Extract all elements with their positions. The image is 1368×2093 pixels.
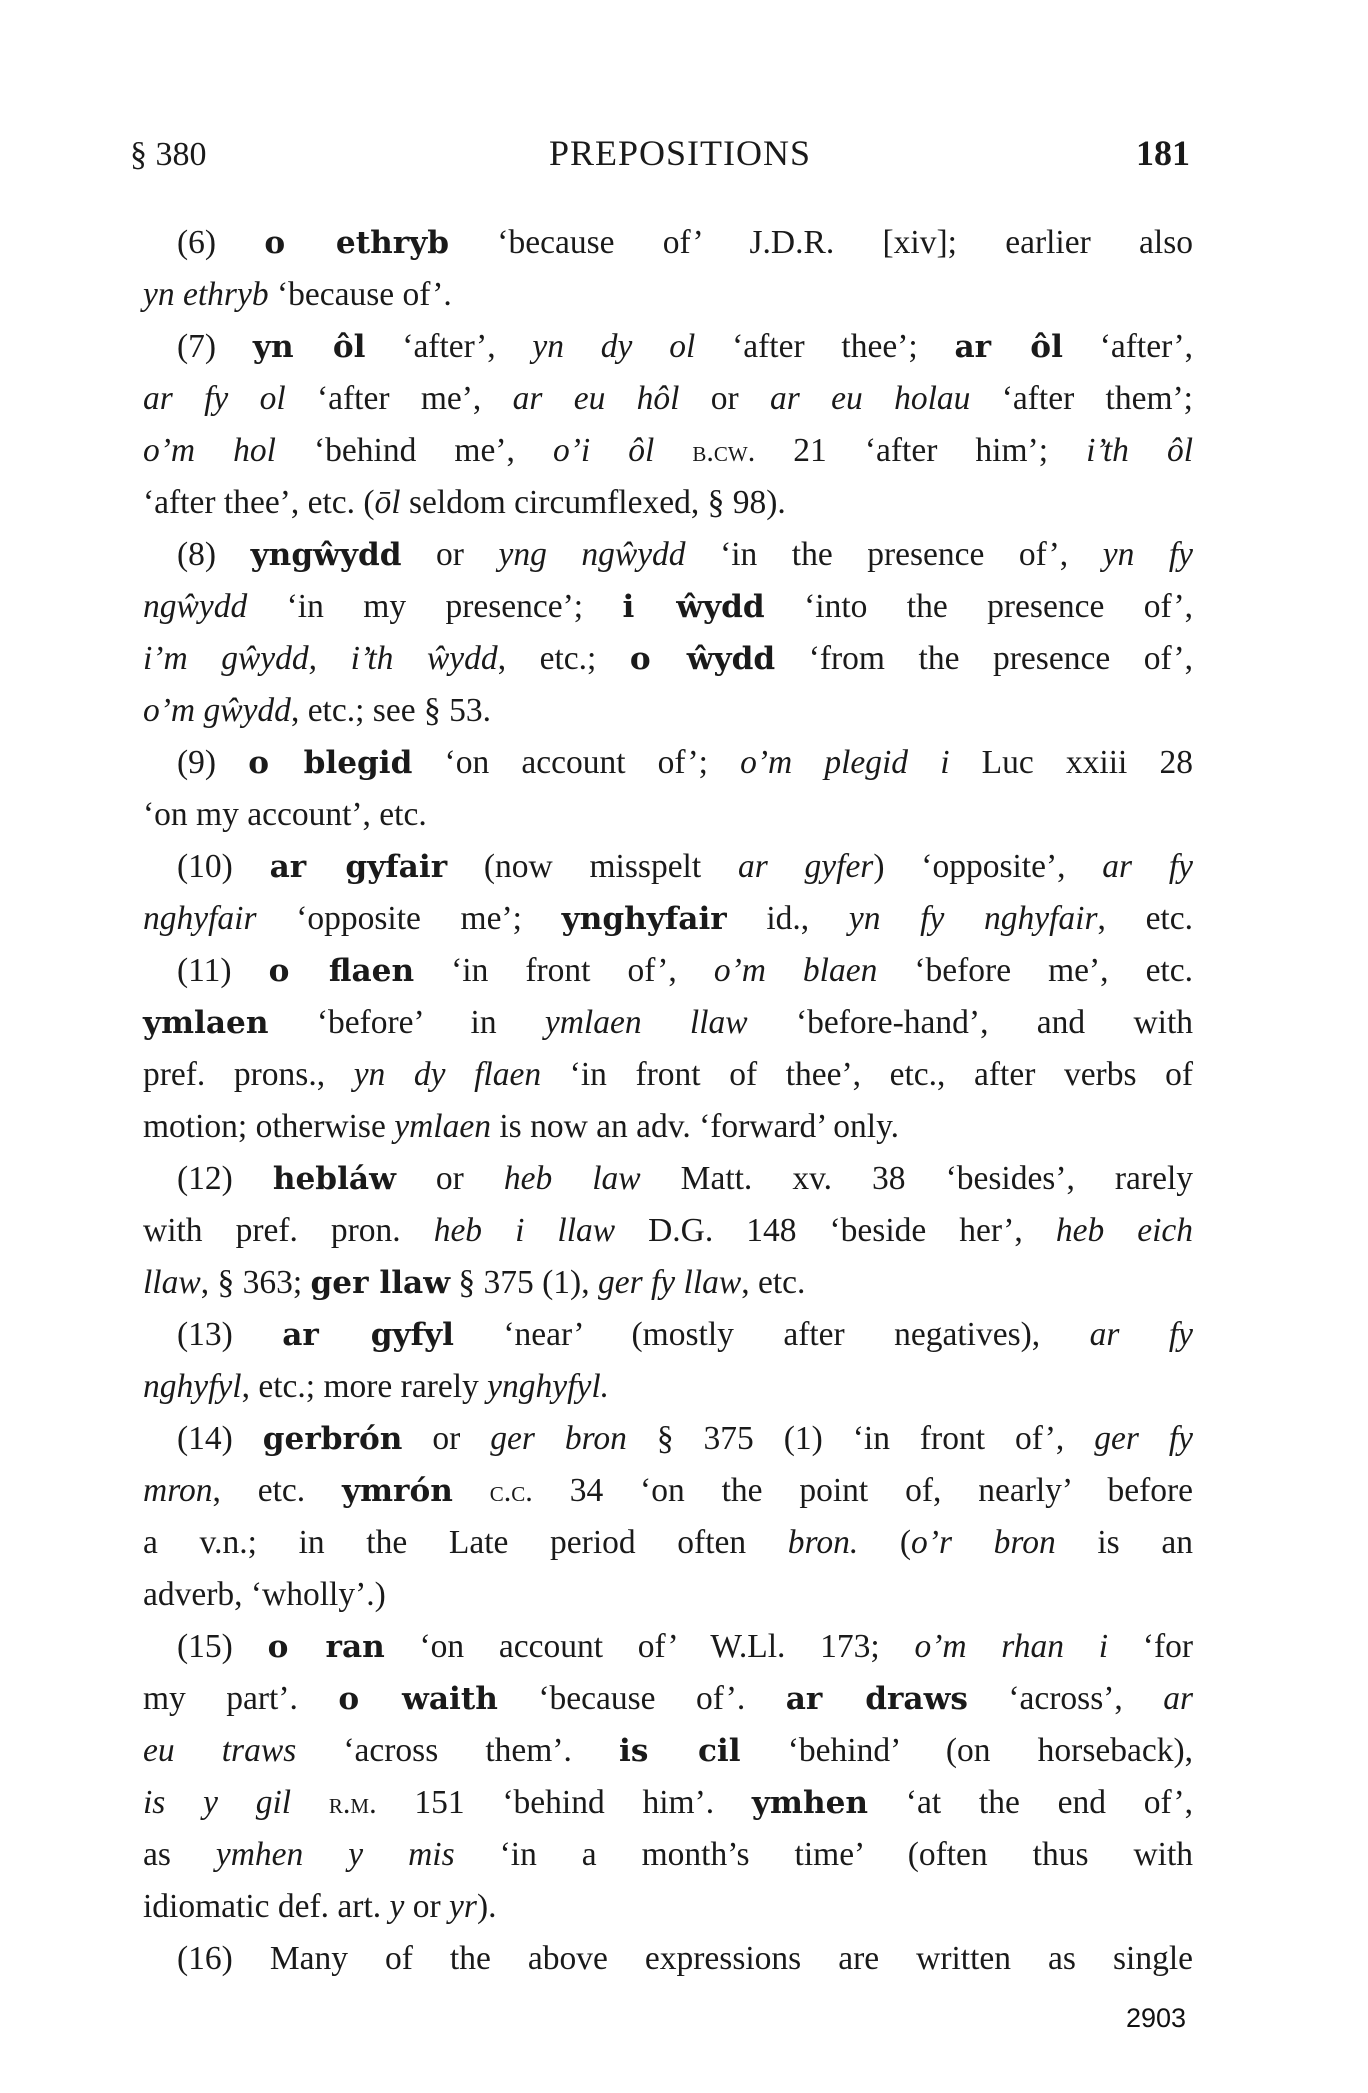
text-run: D.G. 148 ‘beside her’,: [615, 1212, 1056, 1249]
italic-form: ymhen y mis: [216, 1836, 455, 1873]
text-run: idiomatic def. art.: [143, 1888, 390, 1925]
italic-form: yn fy nghyfair: [849, 900, 1098, 937]
text-line: (15) o ran ‘on account of’ W.Ll. 173; o’…: [143, 1622, 1193, 1672]
text-run: id.,: [727, 900, 849, 937]
text-run: (: [858, 1524, 911, 1561]
text-run: ‘across them’.: [296, 1732, 619, 1769]
text-line: (14) gerbrón or ger bron § 375 (1) ‘in f…: [143, 1414, 1193, 1464]
text-line: with pref. pron. heb i llaw D.G. 148 ‘be…: [143, 1206, 1193, 1256]
italic-form: yr: [449, 1888, 477, 1925]
italic-form: ymlaen llaw: [545, 1004, 748, 1041]
italic-form: o’m rhan i: [914, 1628, 1108, 1665]
italic-form: is y gil: [143, 1784, 291, 1821]
text-run: ‘near’ (mostly after negatives),: [454, 1316, 1090, 1353]
text-line: ‘after thee’, etc. (ōl seldom circumflex…: [143, 478, 1193, 528]
text-run: or: [396, 1160, 504, 1197]
bold-term: gerbrón: [263, 1421, 403, 1457]
text-line: idiomatic def. art. y or yr).: [143, 1882, 1193, 1932]
italic-form: ar gyfer: [738, 848, 873, 885]
italic-form: ger fy llaw: [598, 1264, 741, 1301]
text-run: ‘in a month’s time’ (often thus with: [455, 1836, 1193, 1873]
text-line: mron, etc. ymrón c.c. 34 ‘on the point o…: [143, 1466, 1193, 1516]
text-run: ‘after thee’, etc. (: [143, 484, 375, 521]
text-run: § 375 (1) ‘in front of’,: [627, 1420, 1094, 1457]
text-run: adverb, ‘wholly’.): [143, 1576, 386, 1613]
italic-form: ar fy: [1102, 848, 1193, 885]
text-run: (11): [177, 952, 269, 989]
bold-term: ar ôl: [954, 329, 1062, 365]
text-run: with pref. pron.: [143, 1212, 434, 1249]
italic-form: i’th ôl: [1086, 432, 1193, 469]
text-line: (16) Many of the above expressions are w…: [143, 1934, 1193, 1984]
text-line: ar fy ol ‘after me’, ar eu hôl or ar eu …: [143, 374, 1193, 424]
bold-term: o waith: [338, 1681, 498, 1717]
italic-form: yn ethryb: [143, 276, 269, 313]
italic-form: heb law: [504, 1160, 641, 1197]
italic-form: yn dy flaen: [354, 1056, 541, 1093]
italic-form: ar eu holau: [770, 380, 970, 417]
text-line: llaw, § 363; ger llaw § 375 (1), ger fy …: [143, 1258, 1193, 1308]
text-line: (13) ar gyfyl ‘near’ (mostly after negat…: [143, 1310, 1193, 1360]
small-caps-citation: r.m.: [329, 1786, 377, 1820]
text-run: ‘on account of’;: [412, 744, 740, 781]
text-run: , etc.; see § 53.: [291, 692, 491, 729]
text-run: § 375 (1),: [450, 1264, 598, 1301]
text-line: adverb, ‘wholly’.): [143, 1570, 1193, 1620]
small-caps-citation: b.cw.: [692, 434, 755, 468]
text-run: , § 363;: [201, 1264, 311, 1301]
text-run: (7): [177, 328, 253, 365]
bold-term: yn ôl: [253, 329, 366, 365]
italic-form: o’m blaen: [714, 952, 878, 989]
page-title: PREPOSITIONS: [130, 132, 1190, 174]
text-run: Luc xxiii 28: [950, 744, 1193, 781]
italic-form: yng ngŵydd: [498, 536, 685, 573]
text-run: (14): [177, 1420, 263, 1457]
text-run: ‘after thee’;: [695, 328, 954, 365]
text-run: (15): [177, 1628, 268, 1665]
text-run: ‘because of’.: [269, 276, 452, 313]
italic-form: heb i llaw: [434, 1212, 615, 1249]
text-line: my part’. o waith ‘because of’. ar draws…: [143, 1674, 1193, 1724]
text-line: (6) o ethryb ‘because of’ J.D.R. [xiv]; …: [143, 218, 1193, 268]
italic-form: y: [390, 1888, 405, 1925]
italic-form: o’m gŵydd: [143, 692, 291, 729]
text-run: (6): [177, 224, 264, 261]
text-line: (10) ar gyfair (now misspelt ar gyfer) ‘…: [143, 842, 1193, 892]
text-run: ‘at the end of’,: [868, 1784, 1193, 1821]
bold-term: o ran: [268, 1629, 385, 1665]
running-header: § 380 PREPOSITIONS 181: [130, 132, 1190, 182]
bold-term: ar gyfair: [270, 849, 448, 885]
bold-term: yngŵydd: [251, 537, 402, 573]
text-run: ‘after’,: [365, 328, 532, 365]
italic-form: ar fy ol: [143, 380, 286, 417]
text-run: or: [679, 380, 770, 417]
bold-term: o flaen: [269, 953, 415, 989]
text-run: (9): [177, 744, 248, 781]
text-run: (now misspelt: [447, 848, 738, 885]
bold-term: ar gyfyl: [282, 1317, 454, 1353]
bold-term: ymhen: [752, 1785, 868, 1821]
italic-form: nghyfair: [143, 900, 257, 937]
text-run: [453, 1472, 490, 1509]
bold-term: is cil: [619, 1733, 741, 1769]
italic-form: ōl: [375, 484, 401, 521]
text-line: i’m gŵydd, i’th ŵydd, etc.; o ŵydd ‘from…: [143, 634, 1193, 684]
text-run: ‘from the presence of’,: [775, 640, 1193, 677]
text-run: or: [402, 1420, 490, 1457]
italic-form: ymlaen: [394, 1108, 491, 1145]
text-run: ‘after me’,: [286, 380, 513, 417]
bold-term: ger llaw: [311, 1265, 450, 1301]
text-run: , etc.: [741, 1264, 805, 1301]
italic-form: o’i ôl: [553, 432, 654, 469]
text-run: ‘for: [1108, 1628, 1193, 1665]
italic-form: ynghyfyl.: [487, 1368, 609, 1405]
bold-term: o ŵydd: [630, 641, 775, 677]
italic-form: mron: [143, 1472, 213, 1509]
text-line: as ymhen y mis ‘in a month’s time’ (ofte…: [143, 1830, 1193, 1880]
italic-form: yn fy: [1103, 536, 1193, 573]
text-run: ‘behind me’,: [276, 432, 553, 469]
text-run: as: [143, 1836, 216, 1873]
small-caps-citation: c.c.: [490, 1474, 533, 1508]
text-line: pref. prons., yn dy flaen ‘in front of t…: [143, 1050, 1193, 1100]
text-run: ‘in front of thee’, etc., after verbs of: [541, 1056, 1193, 1093]
italic-form: eu traws: [143, 1732, 296, 1769]
text-line: ymlaen ‘before’ in ymlaen llaw ‘before-h…: [143, 998, 1193, 1048]
text-run: ‘opposite me’;: [257, 900, 562, 937]
text-line: (7) yn ôl ‘after’, yn dy ol ‘after thee’…: [143, 322, 1193, 372]
text-run: seldom circumflexed, § 98).: [401, 484, 786, 521]
text-run: 21 ‘after him’;: [755, 432, 1086, 469]
text-run: pref. prons.,: [143, 1056, 354, 1093]
text-run: ‘on account of’ W.Ll. 173;: [385, 1628, 915, 1665]
text-run: a v.n.; in the Late period often: [143, 1524, 788, 1561]
bold-term: ynghyfair: [562, 901, 727, 937]
italic-form: ger bron: [490, 1420, 627, 1457]
text-run: , etc.: [213, 1472, 343, 1509]
text-run: ‘into the presence of’,: [765, 588, 1193, 625]
text-line: nghyfyl, etc.; more rarely ynghyfyl.: [143, 1362, 1193, 1412]
text-run: 151 ‘behind him’.: [377, 1784, 752, 1821]
text-run: [654, 432, 692, 469]
text-run: ‘before-hand’, and with: [748, 1004, 1193, 1041]
text-run: Matt. xv. 38 ‘besides’, rarely: [641, 1160, 1193, 1197]
text-run: or: [402, 536, 499, 573]
text-run: (10): [177, 848, 270, 885]
text-line: o’m gŵydd, etc.; see § 53.: [143, 686, 1193, 736]
italic-form: o’r bron: [911, 1524, 1056, 1561]
bold-term: o ethryb: [264, 225, 449, 261]
text-line: is y gil r.m. 151 ‘behind him’. ymhen ‘a…: [143, 1778, 1193, 1828]
italic-form: heb eich: [1056, 1212, 1193, 1249]
italic-form: ngŵydd: [143, 588, 247, 625]
text-run: (8): [177, 536, 251, 573]
italic-form: o’m hol: [143, 432, 276, 469]
text-line: ‘on my account’, etc.: [143, 790, 1193, 840]
text-line: ngŵydd ‘in my presence’; i ŵydd ‘into th…: [143, 582, 1193, 632]
bold-term: i ŵydd: [623, 589, 765, 625]
text-line: (11) o flaen ‘in front of’, o’m blaen ‘b…: [143, 946, 1193, 996]
page-number: 181: [1136, 132, 1190, 174]
text-run: motion; otherwise: [143, 1108, 394, 1145]
italic-form: i’m gŵydd, i’th ŵydd: [143, 640, 498, 677]
bold-term: hebláw: [273, 1161, 396, 1197]
text-run: ‘on my account’, etc.: [143, 796, 427, 833]
scan-number: 2903: [1126, 2003, 1186, 2034]
text-run: ‘after’,: [1063, 328, 1193, 365]
bold-term: ar draws: [786, 1681, 968, 1717]
text-line: eu traws ‘across them’. is cil ‘behind’ …: [143, 1726, 1193, 1776]
text-run: ‘because of’ J.D.R. [xiv]; earlier also: [449, 224, 1193, 261]
text-line: (8) yngŵydd or yng ngŵydd ‘in the presen…: [143, 530, 1193, 580]
italic-form: nghyfyl: [143, 1368, 242, 1405]
text-run: ‘in the presence of’,: [686, 536, 1103, 573]
italic-form: ger fy: [1094, 1420, 1193, 1457]
italic-form: ar fy: [1090, 1316, 1193, 1353]
text-run: , etc.;: [498, 640, 630, 677]
text-run: ‘across’,: [968, 1680, 1163, 1717]
bold-term: ymrón: [342, 1473, 453, 1509]
text-run: or: [404, 1888, 449, 1925]
text-run: ‘before’ in: [269, 1004, 545, 1041]
text-run: (13): [177, 1316, 282, 1353]
text-run: ‘in my presence’;: [247, 588, 622, 625]
text-run: ‘in front of’,: [414, 952, 714, 989]
text-run: is an: [1056, 1524, 1193, 1561]
italic-form: yn dy ol: [532, 328, 695, 365]
italic-form: ar: [1163, 1680, 1193, 1717]
text-run: ).: [477, 1888, 497, 1925]
text-run: ‘because of’.: [498, 1680, 786, 1717]
text-run: my part’.: [143, 1680, 338, 1717]
text-run: ) ‘opposite’,: [873, 848, 1102, 885]
text-run: ‘after them’;: [970, 380, 1193, 417]
text-run: ‘behind’ (on horseback),: [741, 1732, 1193, 1769]
text-line: nghyfair ‘opposite me’; ynghyfair id., y…: [143, 894, 1193, 944]
text-run: [291, 1784, 329, 1821]
text-line: a v.n.; in the Late period often bron. (…: [143, 1518, 1193, 1568]
italic-form: llaw: [143, 1264, 201, 1301]
text-run: 34 ‘on the point of, nearly’ before: [533, 1472, 1193, 1509]
italic-form: ar eu hôl: [513, 380, 680, 417]
text-line: motion; otherwise ymlaen is now an adv. …: [143, 1102, 1193, 1152]
text-run: ‘before me’, etc.: [877, 952, 1193, 989]
text-line: yn ethryb ‘because of’.: [143, 270, 1193, 320]
bold-term: o blegid: [248, 745, 412, 781]
bold-term: ymlaen: [143, 1005, 269, 1041]
italic-form: o’m plegid i: [740, 744, 949, 781]
text-run: , etc.; more rarely: [242, 1368, 488, 1405]
text-run: is now an adv. ‘forward’ only.: [491, 1108, 899, 1145]
text-run: , etc.: [1098, 900, 1193, 937]
text-line: o’m hol ‘behind me’, o’i ôl b.cw. 21 ‘af…: [143, 426, 1193, 476]
text-line: (9) o blegid ‘on account of’; o’m plegid…: [143, 738, 1193, 788]
italic-form: bron.: [788, 1524, 858, 1561]
text-run: (16) Many of the above expressions are w…: [177, 1940, 1193, 1977]
text-line: (12) hebláw or heb law Matt. xv. 38 ‘bes…: [143, 1154, 1193, 1204]
text-run: (12): [177, 1160, 273, 1197]
